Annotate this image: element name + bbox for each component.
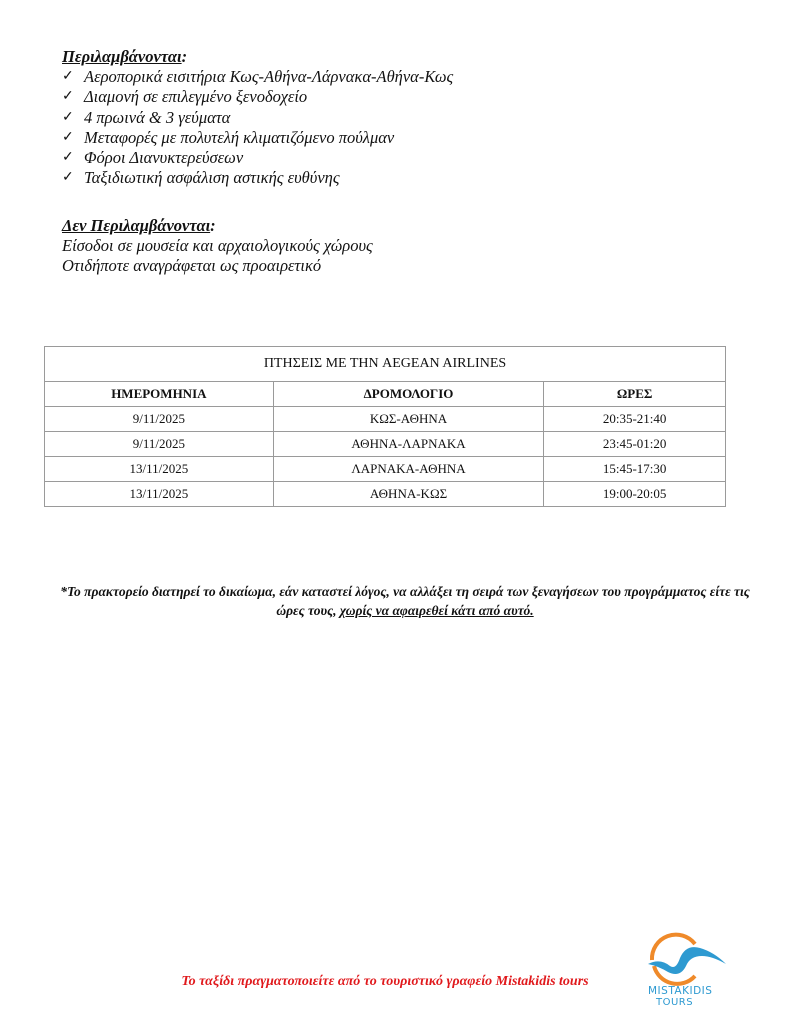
column-header-times: ΩΡΕΣ [544,382,726,407]
check-icon: ✓ [62,87,82,107]
included-list: ✓Αεροπορικά εισιτήρια Κως-Αθήνα-Λάρνακα-… [62,67,453,189]
check-icon: ✓ [62,108,82,128]
flight-date: 9/11/2025 [45,407,274,432]
list-item: ✓Διαμονή σε επιλεγμένο ξενοδοχείο [62,87,453,107]
disclaimer-underlined: χωρίς να αφαιρεθεί κάτι από αυτό. [340,603,534,618]
flight-times: 20:35-21:40 [544,407,726,432]
flight-route: ΑΘΗΝΑ-ΛΑΡΝΑΚΑ [273,432,544,457]
list-item: ✓Αεροπορικά εισιτήρια Κως-Αθήνα-Λάρνακα-… [62,67,453,87]
table-row: 13/11/2025 ΛΑΡΝΑΚΑ-ΑΘΗΝΑ 15:45-17:30 [45,457,726,482]
mistakidis-tours-logo: MISTAKIDIS TOURS [640,930,735,1015]
flight-route: ΛΑΡΝΑΚΑ-ΑΘΗΝΑ [273,457,544,482]
flights-table-title: ΠΤΗΣΕΙΣ ΜΕ ΤΗΝ AEGEAN AIRLINES [45,347,726,382]
list-item: ✓Ταξιδιωτική ασφάλιση αστικής ευθύνης [62,168,453,188]
included-title: Περιλαμβάνονται: [62,47,453,67]
included-section: Περιλαμβάνονται: ✓Αεροπορικά εισιτήρια Κ… [62,47,453,189]
flight-route: ΚΩΣ-ΑΘΗΝΑ [273,407,544,432]
logo-mark-icon [640,930,735,990]
logo-text-line1: MISTAKIDIS [648,985,712,997]
flight-times: 23:45-01:20 [544,432,726,457]
flight-date: 13/11/2025 [45,482,274,507]
column-header-date: ΗΜΕΡΟΜΗΝΙΑ [45,382,274,407]
check-icon: ✓ [62,148,82,168]
flight-date: 9/11/2025 [45,432,274,457]
table-row: 13/11/2025 ΑΘΗΝΑ-ΚΩΣ 19:00-20:05 [45,482,726,507]
table-row: 9/11/2025 ΑΘΗΝΑ-ΛΑΡΝΑΚΑ 23:45-01:20 [45,432,726,457]
list-item: Οτιδήποτε αναγράφεται ως προαιρετικό [62,256,373,276]
logo-text-line2: TOURS [656,997,693,1008]
check-icon: ✓ [62,128,82,148]
table-row: 9/11/2025 ΚΩΣ-ΑΘΗΝΑ 20:35-21:40 [45,407,726,432]
disclaimer-note: *Το πρακτορείο διατηρεί το δικαίωμα, εάν… [60,582,750,620]
flight-date: 13/11/2025 [45,457,274,482]
flight-times: 19:00-20:05 [544,482,726,507]
check-icon: ✓ [62,67,82,87]
list-item: ✓Φόροι Διανυκτερεύσεων [62,148,453,168]
list-item: ✓Μεταφορές με πολυτελή κλιματιζόμενο πού… [62,128,453,148]
list-item: Είσοδοι σε μουσεία και αρχαιολογικούς χώ… [62,236,373,256]
check-icon: ✓ [62,168,82,188]
list-item: ✓4 πρωινά & 3 γεύματα [62,108,453,128]
flights-table: ΠΤΗΣΕΙΣ ΜΕ ΤΗΝ AEGEAN AIRLINES ΗΜΕΡΟΜΗΝΙ… [44,346,726,507]
column-header-route: ΔΡΟΜΟΛΟΓΙΟ [273,382,544,407]
not-included-title: Δεν Περιλαμβάνονται: [62,216,373,236]
not-included-section: Δεν Περιλαμβάνονται: Είσοδοι σε μουσεία … [62,216,373,277]
flight-route: ΑΘΗΝΑ-ΚΩΣ [273,482,544,507]
footer-text: Το ταξίδι πραγματοποιείτε από το τουριστ… [150,974,620,990]
flight-times: 15:45-17:30 [544,457,726,482]
